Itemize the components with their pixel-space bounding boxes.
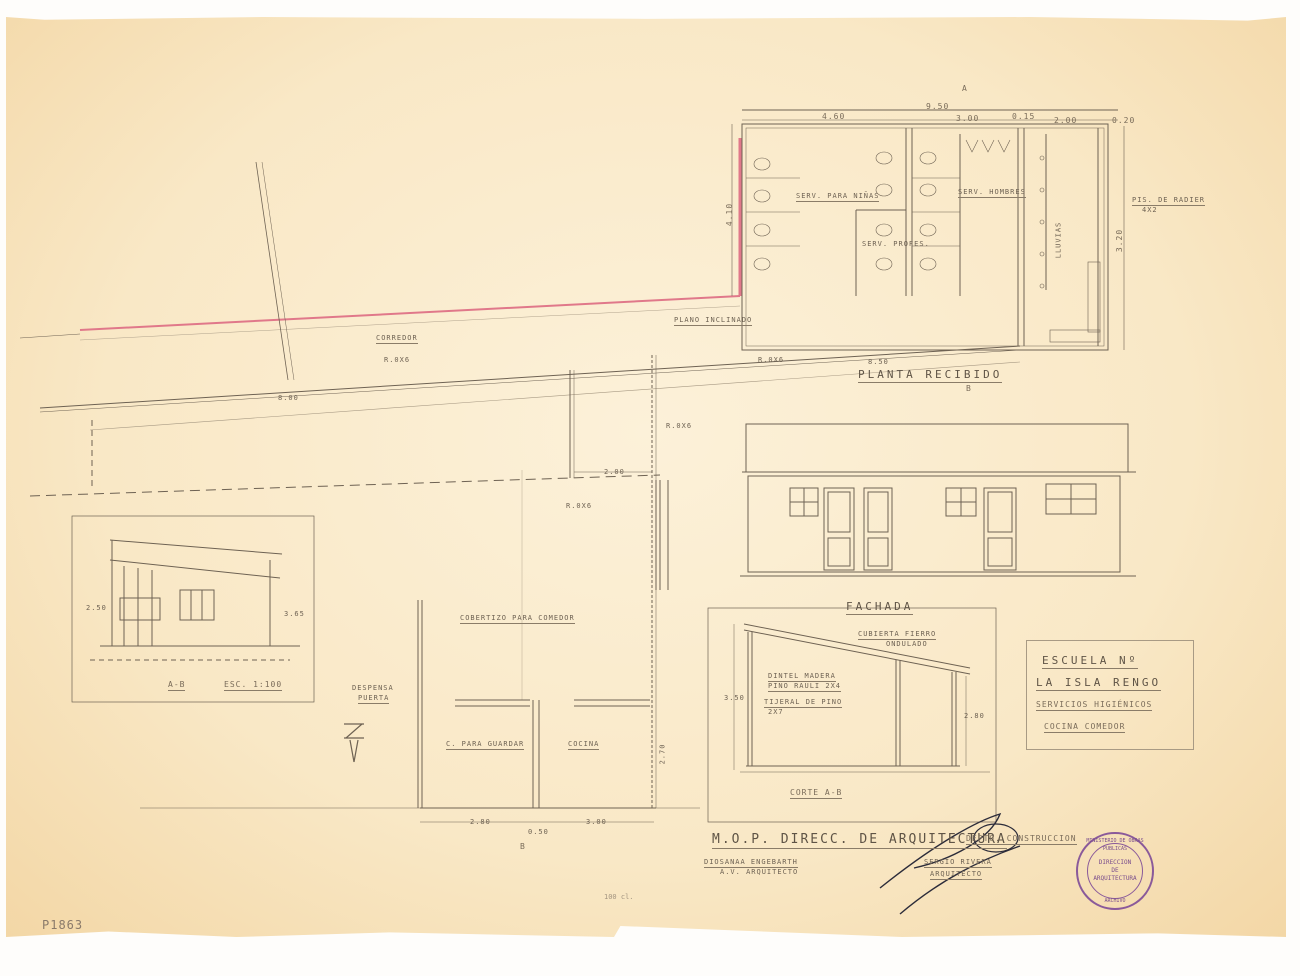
- north-arrow-icon: [344, 724, 364, 762]
- room-showers: LLUVIAS: [1054, 222, 1062, 259]
- dim-mid: 8.50: [868, 358, 889, 366]
- roof-note: CUBIERTA FIERRO: [858, 630, 936, 640]
- section-dim-left: 3.50: [724, 694, 745, 702]
- title-kitchen: COCINA COMEDOR: [1044, 722, 1125, 733]
- technical-drawing-lines: [0, 0, 1300, 976]
- dim-storage: 2.80: [470, 818, 491, 826]
- dim-pillar: R.0x6: [758, 356, 784, 364]
- room-girls: SERV. PARA NIÑAS: [796, 192, 879, 202]
- stamp-ring-bottom: ARCHIVO: [1078, 897, 1152, 905]
- dim-offset: 2.00: [604, 468, 625, 476]
- dim-b: 3.00: [956, 114, 979, 123]
- pantry-note: DESPENSA: [352, 684, 394, 692]
- dim-total: 9.50: [926, 102, 949, 111]
- facade-lines: [740, 424, 1136, 576]
- title-location: LA ISLA RENGO: [1036, 676, 1161, 691]
- kitchen-label: COCINA: [568, 740, 599, 750]
- dim-height: 4.10: [725, 203, 734, 226]
- dim-wall: 0.50: [528, 828, 549, 836]
- architect-role: ARQUITECTO: [930, 870, 982, 880]
- architect-name: SERGIO RIVERA: [924, 858, 992, 868]
- archive-stamp: MINISTERIO DE OBRAS PUBLICAS DIRECCION D…: [1076, 832, 1154, 910]
- elevation-scale: ESC. 1:100: [224, 680, 282, 691]
- dim-e: 0.20: [1112, 116, 1135, 125]
- shed-label: COBERTIZO PARA COMEDOR: [460, 614, 575, 624]
- elevation-dim-left: 2.50: [86, 604, 107, 612]
- roof-note-2: ONDULADO: [886, 640, 928, 648]
- beam-note: DINTEL MADERA: [768, 672, 836, 682]
- corridor-lines: [20, 138, 1020, 808]
- radier-note: PIS. DE RADIER: [1132, 196, 1205, 206]
- stamp-line1: DIRECCION: [1099, 859, 1132, 867]
- floor-plan-title: PLANTA RECIBIDO: [858, 368, 1002, 383]
- section-mark-bottom: B: [966, 384, 972, 393]
- dim-a: 4.60: [822, 112, 845, 121]
- joist-note: TIJERAL DE PINO: [764, 698, 842, 708]
- dim-kitchen-depth: 2.70: [658, 744, 666, 765]
- inclined-plane-label: PLANO INCLINADO: [674, 316, 752, 326]
- section-lines: [708, 608, 996, 822]
- floor-plan-lines: [732, 110, 1124, 350]
- section-mark-top: A: [962, 84, 968, 93]
- beam-note-2: PINO RAULI 2x4: [768, 682, 841, 692]
- side-elevation-lines: [72, 516, 314, 702]
- draftsman-role: A.V. ARQUITECTO: [720, 868, 798, 876]
- radier-note-value: 4x2: [1142, 206, 1158, 214]
- dim-long: 8.00: [278, 394, 299, 402]
- section-title: CORTE A-B: [790, 788, 842, 799]
- catalog-number: P1863: [42, 918, 83, 932]
- stamp-line3: ARQUITECTURA: [1093, 875, 1136, 883]
- elevation-dim-right: 3.65: [284, 610, 305, 618]
- dim-right: 3.20: [1115, 229, 1124, 252]
- dim-pillar3: R.0x6: [566, 502, 592, 510]
- authority-header: M.O.P. DIRECC. DE ARQUITECTURA: [712, 832, 1007, 849]
- section-dim-right: 2.80: [964, 712, 985, 720]
- room-staff: SERV. PROFES.: [862, 240, 930, 248]
- dim-c: 2.00: [1054, 116, 1077, 125]
- dim-corridor: R.0x6: [384, 356, 410, 364]
- authority-department: DEPTO. CONSTRUCCION: [966, 834, 1077, 845]
- facade-title: FACHADA: [846, 600, 913, 615]
- corridor-label: CORREDOR: [376, 334, 418, 344]
- draftsman-name: DIOSANAA ENGEBARTH: [704, 858, 798, 868]
- kitchen-plan-lines: [140, 480, 700, 822]
- title-services: SERVICIOS HIGIÉNICOS: [1036, 700, 1152, 711]
- room-boys: SERV. HOMBRES: [958, 188, 1026, 198]
- title-school: ESCUELA Nº: [1042, 654, 1138, 669]
- faint-note: 100 cl.: [604, 893, 634, 901]
- dim-d: 0.15: [1012, 112, 1035, 121]
- joist-note-2: 2x7: [768, 708, 784, 716]
- stamp-line2: DE: [1111, 867, 1118, 875]
- elevation-title: A-B: [168, 680, 185, 691]
- stamp-ring-top: MINISTERIO DE OBRAS PUBLICAS: [1078, 837, 1152, 853]
- dim-pillar2: R.0x6: [666, 422, 692, 430]
- section-mark-b: B: [520, 842, 526, 851]
- dim-kitchen: 3.00: [586, 818, 607, 826]
- storage-label: C. PARA GUARDAR: [446, 740, 524, 750]
- pantry-note-2: PUERTA: [358, 694, 389, 704]
